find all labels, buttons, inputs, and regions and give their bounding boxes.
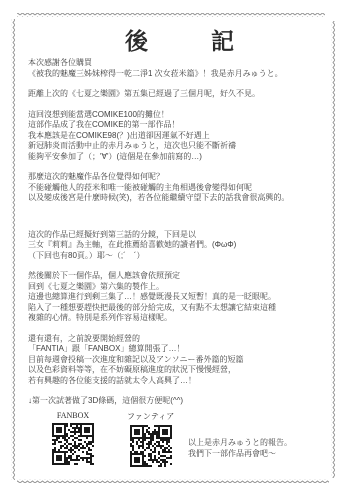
- text-line: 距離上次的《七夏之樂園》第五集已經過了三個月呢，好久不見。: [28, 89, 334, 100]
- fanbox-label: FANBOX: [57, 411, 89, 420]
- paragraph-thanks: 本次感謝各位購買《被我的魅魔三姊妹榨得一乾二淨1 次女菈米篇》！我是赤月みゅうと…: [28, 58, 334, 79]
- text-line: 那麼這次的魅魔作品各位覺得如何呢？: [28, 172, 334, 183]
- text-line: 以及色彩資料等等，在不妨礙原稿進度的狀況下慢慢經營，: [28, 365, 334, 376]
- page-title-char: 後: [125, 23, 149, 56]
- paragraph-comike: 這回沒想到能當選COMIKE100的攤位！這部作品成了我在COMIKE的第一部作…: [28, 110, 334, 163]
- closing-line: 以上是赤月みゅうと的報告。: [188, 437, 292, 448]
- closing-message: 以上是赤月みゅうと的報告。 我們下一部作品再會吧～: [188, 437, 292, 459]
- text-line: 複雜的心情。特別是系列作容易這樣呢。: [28, 313, 334, 324]
- text-line: ↓第一次試著做了3D條碼，這個很方便呢(^^): [28, 396, 334, 407]
- text-line: （下回也有80頁。）耶～（;´ ´）: [28, 251, 334, 262]
- text-line: 然後關於下一個作品，個人應該會依照預定: [28, 271, 334, 282]
- text-line: 回到《七夏之樂園》第六集的製作上。: [28, 282, 334, 293]
- closing-line: 我們下一部作品再會吧～: [188, 448, 292, 459]
- fanbox-qr-block: FANBOX: [52, 411, 94, 467]
- text-line: 能夠平安參加了（；'∀'）(這個是在參加前寫的…): [28, 152, 334, 163]
- paragraph-next-chapter: 這次的作品已經擬好到第三話的分鏡，下回是以三女『莉莉』為主軸，在此推薦給喜歡她的…: [28, 230, 334, 262]
- qr-section: FANBOX ファンティア: [52, 411, 174, 467]
- page-title: 後 記: [0, 23, 360, 56]
- fantia-qr-block: ファンティア: [127, 411, 174, 467]
- page-title-char: 記: [211, 23, 235, 56]
- text-line: 目前每週會投稿一次進度和雜記以及アンソニー番外篇的短篇: [28, 355, 334, 366]
- fantia-qr-code-icon: [130, 425, 172, 467]
- text-line: 陷入了一種想要趕快把最後的部分給完成，又有點不太想讓它結束這種: [28, 303, 334, 314]
- text-line: 我本應該是在COMIKE98(？)出道卻因運氣不好遇上: [28, 131, 334, 142]
- text-line: 這部作品成了我在COMIKE的第一部作品！: [28, 120, 334, 131]
- fanbox-qr-code-icon: [52, 423, 94, 465]
- paragraph-barcode-note: ↓第一次試著做了3D條碼，這個很方便呢(^^): [28, 396, 334, 407]
- text-line: 還有還有，之前說要開始經營的: [28, 334, 334, 345]
- fantia-label: ファンティア: [127, 411, 174, 422]
- text-line: 《被我的魅魔三姊妹榨得一乾二淨1 次女菈米篇》！我是赤月みゅうと。: [28, 69, 334, 80]
- paragraph-succubus-work: 那麼這次的魅魔作品各位覺得如何呢？不能碰觸他人的菈米和唯一能被碰觸的主角相遇後會…: [28, 172, 334, 204]
- afterword-page: 後 記 本次感謝各位購買《被我的魅魔三姊妹榨得一乾二淨1 次女菈米篇》！我是赤月…: [0, 0, 360, 504]
- text-line: 若有興趣的各位能支援的話就太令人高興了…！: [28, 376, 334, 387]
- paragraph-fantia-fanbox: 還有還有，之前說要開始經營的「FANTIA」跟「FANBOX」總算開張了…！目前…: [28, 334, 334, 387]
- afterword-body: 本次感謝各位購買《被我的魅魔三姊妹榨得一乾二淨1 次女菈米篇》！我是赤月みゅうと…: [28, 58, 334, 417]
- text-line: 「FANTIA」跟「FANBOX」總算開張了…！: [28, 344, 334, 355]
- text-line: 以及變成後宮是什麼時候(笑)，若各位能繼續守望下去的話我會很高興的。: [28, 193, 334, 204]
- text-line: 新冠肺炎而活動中止的赤月みゅうと，這次也只能不斷祈禱: [28, 141, 334, 152]
- text-line: 三女『莉莉』為主軸，在此推薦給喜歡她的讀者們。(ΦωΦ): [28, 240, 334, 251]
- text-line: 這邊也總算進行到剩三集了…！感覺既漫長又短暫！真的是一眨眼呢。: [28, 292, 334, 303]
- text-line: 不能碰觸他人的菈米和唯一能被碰觸的主角相遇後會變得如何呢: [28, 183, 334, 194]
- text-line: 這回沒想到能當選COMIKE100的攤位！: [28, 110, 334, 121]
- paragraph-next-work: 然後關於下一個作品，個人應該會依照預定回到《七夏之樂園》第六集的製作上。這邊也總…: [28, 271, 334, 324]
- text-line: 本次感謝各位購買: [28, 58, 334, 69]
- paragraph-since-last: 距離上次的《七夏之樂園》第五集已經過了三個月呢，好久不見。: [28, 89, 334, 100]
- text-line: 這次的作品已經擬好到第三話的分鏡，下回是以: [28, 230, 334, 241]
